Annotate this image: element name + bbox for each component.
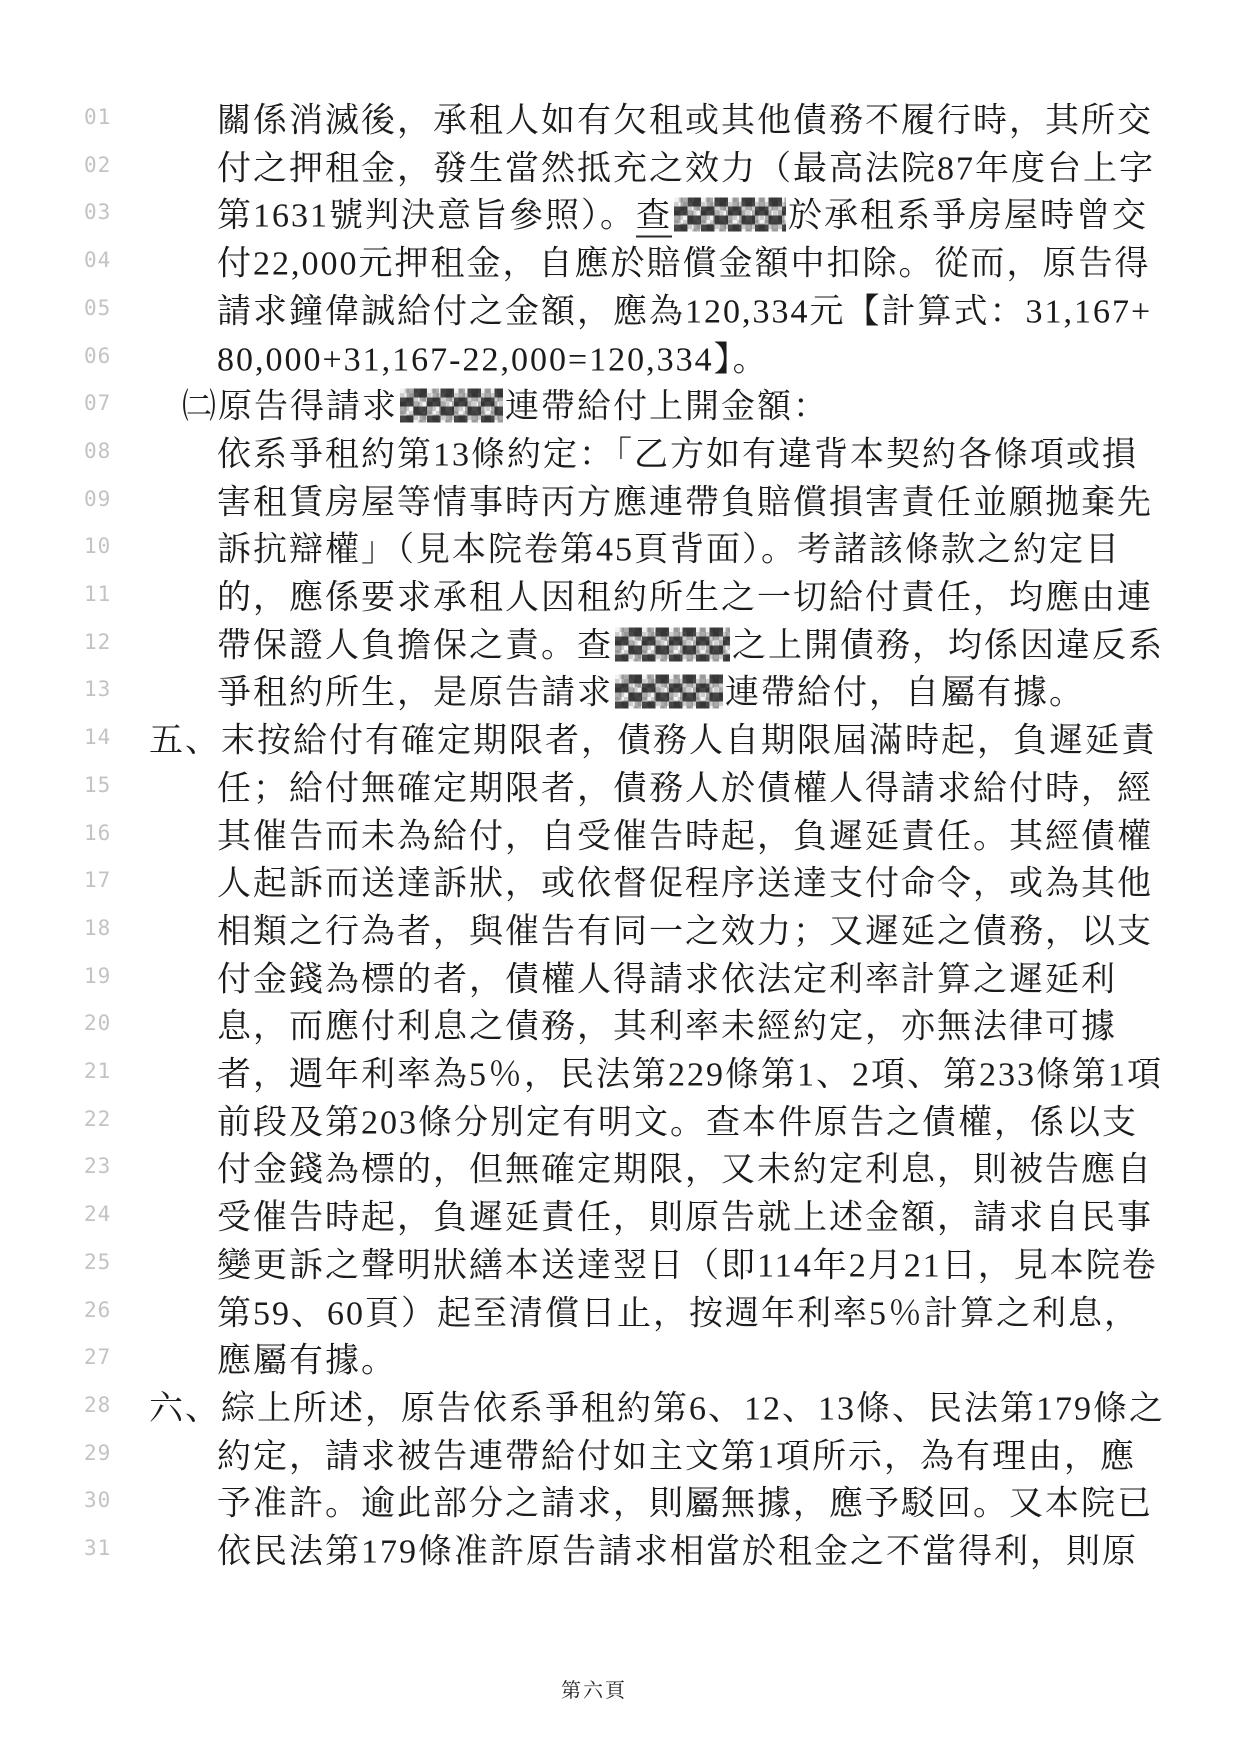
line-number: 13	[84, 677, 111, 701]
text-segment: 應屬有據。	[217, 1343, 397, 1380]
text-segment: 第59、60頁）起至清償日止，按週年利率5％計算之利息，	[217, 1295, 1140, 1332]
document-line: 21 者，週年利率為5％，民法第229條第1、2項、第233條第1項	[0, 1047, 1240, 1095]
line-text: 付22,000元押租金，自應於賠償金額中扣除。從而，原告得	[217, 236, 1151, 285]
page-number-footer: 第六頁	[561, 1674, 627, 1703]
document-line: 04 付22,000元押租金，自應於賠償金額中扣除。從而，原告得	[0, 236, 1240, 284]
line-number: 03	[84, 200, 111, 224]
line-text: 應屬有據。	[217, 1333, 397, 1382]
document-line: 02 付之押租金，發生當然抵充之效力（最高法院87年度台上字	[0, 141, 1240, 189]
redacted-name-block	[615, 627, 730, 661]
redacted-name-block	[674, 198, 786, 232]
text-segment: 約定，請求被告連帶給付如主文第1項所示，為有理由，應	[217, 1438, 1136, 1475]
line-number: 17	[84, 868, 111, 892]
document-line: 27 應屬有據。	[0, 1333, 1240, 1381]
line-number: 12	[84, 630, 111, 654]
text-segment: 相類之行為者，與催告有同一之效力；又遲延之債務，以支	[217, 913, 1153, 950]
text-segment: 付金錢為標的者，債權人得請求依法定利率計算之遲延利	[217, 961, 1117, 998]
document-line: 15 任；給付無確定期限者，債務人於債權人得請求給付時，經	[0, 761, 1240, 809]
line-number: 15	[84, 773, 111, 797]
text-segment: 五、末按給付有確定期限者，債務人自期限屆滿時起，負遲延責	[149, 723, 1157, 760]
document-line: 31 依民法第179條准許原告請求相當於租金之不當得利，則原	[0, 1524, 1240, 1572]
line-text: 第1631號判決意旨參照）。查於承租系爭房屋時曾交	[217, 188, 1148, 237]
line-number: 08	[84, 439, 111, 463]
court-judgment-page: 01 關係消滅後，承租人如有欠租或其他債務不履行時，其所交 02 付之押租金，發…	[0, 0, 1240, 1755]
line-text: 80,000+31,167-22,000=120,334】。	[217, 331, 769, 380]
text-segment: 其催告而未為給付，自受催告時起，負遲延責任。其經債權	[217, 818, 1153, 855]
text-segment: 的，應係要求承租人因租約所生之一切給付責任，均應由連	[217, 580, 1153, 617]
redacted-name-block	[400, 389, 503, 423]
text-segment: 付金錢為標的，但無確定期限，又未約定利息，則被告應自	[217, 1152, 1153, 1189]
document-line: 28 六、綜上所述，原告依系爭租約第6、12、13條、民法第179條之	[0, 1381, 1240, 1429]
document-line: 03 第1631號判決意旨參照）。查於承租系爭房屋時曾交	[0, 188, 1240, 236]
line-number: 14	[84, 725, 111, 749]
text-segment: 任；給付無確定期限者，債務人於債權人得請求給付時，經	[217, 770, 1153, 807]
line-text: 第59、60頁）起至清償日止，按週年利率5％計算之利息，	[217, 1285, 1140, 1334]
text-segment: 連帶給付上開金額：	[505, 389, 829, 426]
text-segment: 息，而應付利息之債務，其利率未經約定，亦無法律可據	[217, 1009, 1117, 1046]
line-text: 約定，請求被告連帶給付如主文第1項所示，為有理由，應	[217, 1428, 1136, 1477]
line-number: 26	[84, 1298, 111, 1322]
text-segment: 請求鐘偉誠給付之金額，應為120,334元【計算式：31,167+	[217, 293, 1152, 330]
document-line: 09 害租賃房屋等情事時丙方應連帶負賠償損害責任並願拋棄先	[0, 475, 1240, 523]
line-number: 31	[84, 1536, 111, 1560]
document-line: 14 五、末按給付有確定期限者，債務人自期限屆滿時起，負遲延責	[0, 713, 1240, 761]
line-text: 五、末按給付有確定期限者，債務人自期限屆滿時起，負遲延責	[149, 713, 1157, 762]
line-text: 任；給付無確定期限者，債務人於債權人得請求給付時，經	[217, 760, 1153, 809]
redacted-name-block	[615, 675, 723, 709]
document-line: 17 人起訴而送達訴狀，或依督促程序送達支付命令，或為其他	[0, 856, 1240, 904]
text-segment: 帶保證人負擔保之責。查	[217, 627, 613, 664]
text-segment: 付之押租金，發生當然抵充之效力（最高法院87年度台上字	[217, 150, 1155, 187]
text-segment: 連帶給付，自屬有據。	[725, 675, 1085, 712]
line-text: 請求鐘偉誠給付之金額，應為120,334元【計算式：31,167+	[217, 283, 1152, 332]
line-text: 六、綜上所述，原告依系爭租約第6、12、13條、民法第179條之	[149, 1380, 1165, 1429]
line-number: 06	[84, 344, 111, 368]
line-text: 依系爭租約第13條約定：「乙方如有違背本契約各條項或損	[217, 426, 1138, 475]
text-segment: 變更訴之聲明狀繕本送達翌日（即114年2月21日，見本院卷	[217, 1247, 1158, 1284]
line-text: 爭租約所生，是原告請求連帶給付，自屬有據。	[217, 665, 1085, 714]
line-number: 20	[84, 1011, 111, 1035]
text-segment: 依系爭租約第13條約定：「乙方如有違背本契約各條項或損	[217, 436, 1138, 473]
line-text: 付金錢為標的者，債權人得請求依法定利率計算之遲延利	[217, 951, 1117, 1000]
document-line: 30 予准許。逾此部分之請求，則屬無據，應予駁回。又本院已	[0, 1476, 1240, 1524]
text-segment: 關係消滅後，承租人如有欠租或其他債務不履行時，其所交	[217, 103, 1153, 140]
line-number: 07	[84, 391, 111, 415]
text-segment: 付22,000元押租金，自應於賠償金額中扣除。從而，原告得	[217, 246, 1151, 283]
document-line: 08 依系爭租約第13條約定：「乙方如有違背本契約各條項或損	[0, 427, 1240, 475]
document-line: 18 相類之行為者，與催告有同一之效力；又遲延之債務，以支	[0, 904, 1240, 952]
line-number: 09	[84, 487, 111, 511]
line-text: 其催告而未為給付，自受催告時起，負遲延責任。其經債權	[217, 808, 1153, 857]
document-line: 11 的，應係要求承租人因租約所生之一切給付責任，均應由連	[0, 570, 1240, 618]
text-segment: 受催告時起，負遲延責任，則原告就上述金額，請求自民事	[217, 1200, 1153, 1237]
line-number: 05	[84, 296, 111, 320]
line-number: 10	[84, 534, 111, 558]
text-segment: 爭租約所生，是原告請求	[217, 675, 613, 712]
line-text: 訴抗辯權」（見本院卷第45頁背面）。考諸該條款之約定目	[217, 522, 1121, 571]
document-line: 29 約定，請求被告連帶給付如主文第1項所示，為有理由，應	[0, 1429, 1240, 1477]
text-segment: ㈡原告得請求	[182, 389, 398, 426]
text-segment: 害租賃房屋等情事時丙方應連帶負賠償損害責任並願拋棄先	[217, 484, 1153, 521]
line-number: 25	[84, 1250, 111, 1274]
line-text: 受催告時起，負遲延責任，則原告就上述金額，請求自民事	[217, 1190, 1153, 1239]
line-number: 22	[84, 1107, 111, 1131]
line-text: 帶保證人負擔保之責。查之上開債務，均係因違反系	[217, 617, 1164, 666]
line-number: 30	[84, 1488, 111, 1512]
text-segment: 前段及第203條分別定有明文。查本件原告之債權，係以支	[217, 1104, 1138, 1141]
line-number: 24	[84, 1202, 111, 1226]
document-line: 20 息，而應付利息之債務，其利率未經約定，亦無法律可據	[0, 999, 1240, 1047]
line-number: 21	[84, 1059, 111, 1083]
document-line: 10 訴抗辯權」（見本院卷第45頁背面）。考諸該條款之約定目	[0, 522, 1240, 570]
document-line: 24 受催告時起，負遲延責任，則原告就上述金額，請求自民事	[0, 1190, 1240, 1238]
line-text: 者，週年利率為5％，民法第229條第1、2項、第233條第1項	[217, 1047, 1163, 1096]
document-line: 22 前段及第203條分別定有明文。查本件原告之債權，係以支	[0, 1095, 1240, 1143]
document-line: 26 第59、60頁）起至清償日止，按週年利率5％計算之利息，	[0, 1286, 1240, 1334]
line-number: 29	[84, 1441, 111, 1465]
line-text: 關係消滅後，承租人如有欠租或其他債務不履行時，其所交	[217, 93, 1153, 142]
line-text: 害租賃房屋等情事時丙方應連帶負賠償損害責任並願拋棄先	[217, 474, 1153, 523]
line-number: 01	[84, 105, 111, 129]
line-text: 的，應係要求承租人因租約所生之一切給付責任，均應由連	[217, 570, 1153, 619]
line-number: 11	[84, 582, 111, 606]
text-segment: 予准許。逾此部分之請求，則屬無據，應予駁回。又本院已	[217, 1486, 1153, 1523]
line-text: 人起訴而送達訴狀，或依督促程序送達支付命令，或為其他	[217, 856, 1153, 905]
document-line: 07 ㈡原告得請求連帶給付上開金額：	[0, 379, 1240, 427]
line-text: 相類之行為者，與催告有同一之效力；又遲延之債務，以支	[217, 903, 1153, 952]
line-number: 28	[84, 1393, 111, 1417]
line-number: 19	[84, 964, 111, 988]
line-text: 付之押租金，發生當然抵充之效力（最高法院87年度台上字	[217, 140, 1155, 189]
line-text: 付金錢為標的，但無確定期限，又未約定利息，則被告應自	[217, 1142, 1153, 1191]
text-segment: 80,000+31,167-22,000=120,334】。	[217, 341, 769, 378]
text-segment: 六、綜上所述，原告依系爭租約第6、12、13條、民法第179條之	[149, 1390, 1165, 1427]
text-segment: 者，週年利率為5％，民法第229條第1、2項、第233條第1項	[217, 1057, 1163, 1094]
line-text: 變更訴之聲明狀繕本送達翌日（即114年2月21日，見本院卷	[217, 1237, 1158, 1286]
line-text: ㈡原告得請求連帶給付上開金額：	[182, 379, 829, 428]
document-line: 06 80,000+31,167-22,000=120,334】。	[0, 332, 1240, 380]
document-line: 16 其催告而未為給付，自受催告時起，負遲延責任。其經債權	[0, 809, 1240, 857]
document-line: 19 付金錢為標的者，債權人得請求依法定利率計算之遲延利	[0, 952, 1240, 1000]
text-segment: 於承租系爭房屋時曾交	[788, 198, 1148, 235]
text-segment: 人起訴而送達訴狀，或依督促程序送達支付命令，或為其他	[217, 866, 1153, 903]
text-segment: 之上開債務，均係因違反系	[732, 627, 1164, 664]
line-text: 依民法第179條准許原告請求相當於租金之不當得利，則原	[217, 1524, 1138, 1573]
line-number: 23	[84, 1154, 111, 1178]
text-segment: 查	[636, 198, 672, 238]
line-number: 04	[84, 248, 111, 272]
document-line: 05 請求鐘偉誠給付之金額，應為120,334元【計算式：31,167+	[0, 284, 1240, 332]
line-number: 18	[84, 916, 111, 940]
line-number: 27	[84, 1345, 111, 1369]
line-text: 息，而應付利息之債務，其利率未經約定，亦無法律可據	[217, 999, 1117, 1048]
text-segment: 依民法第179條准許原告請求相當於租金之不當得利，則原	[217, 1534, 1138, 1571]
text-segment: 第1631號判決意旨參照）。	[217, 198, 636, 235]
document-line: 01 關係消滅後，承租人如有欠租或其他債務不履行時，其所交	[0, 93, 1240, 141]
document-body: 01 關係消滅後，承租人如有欠租或其他債務不履行時，其所交 02 付之押租金，發…	[0, 0, 1240, 1755]
line-text: 前段及第203條分別定有明文。查本件原告之債權，係以支	[217, 1094, 1138, 1143]
line-text: 予准許。逾此部分之請求，則屬無據，應予駁回。又本院已	[217, 1476, 1153, 1525]
document-line: 25 變更訴之聲明狀繕本送達翌日（即114年2月21日，見本院卷	[0, 1238, 1240, 1286]
document-line: 23 付金錢為標的，但無確定期限，又未約定利息，則被告應自	[0, 1142, 1240, 1190]
line-number: 02	[84, 153, 111, 177]
document-line: 12 帶保證人負擔保之責。查之上開債務，均係因違反系	[0, 618, 1240, 666]
line-number: 16	[84, 821, 111, 845]
text-segment: 訴抗辯權」（見本院卷第45頁背面）。考諸該條款之約定目	[217, 532, 1121, 569]
document-line: 13 爭租約所生，是原告請求連帶給付，自屬有據。	[0, 665, 1240, 713]
